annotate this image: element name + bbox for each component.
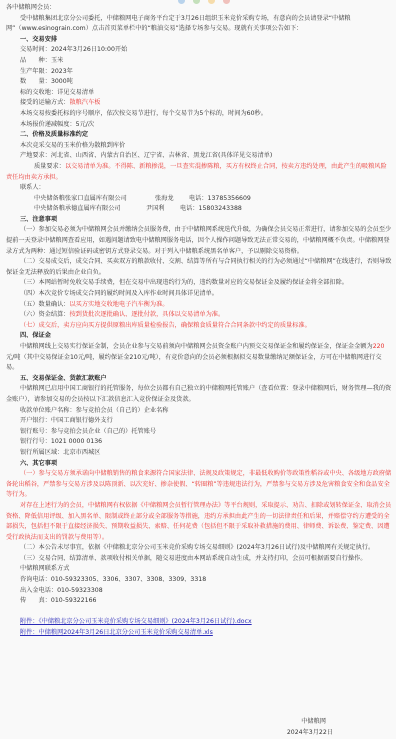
bank-name: 开户银行：中国工商银行德外支行: [6, 416, 392, 427]
bank-code: 银行行号：1021 0000 0136: [6, 437, 392, 448]
label: 标的交收地：: [20, 89, 57, 96]
note-1: （一）参加交易必须为中储粮网会员并缴纳会员服务费，由于中储粮网系统迭代升级，为确…: [6, 225, 392, 257]
other-2: （二）本公告未尽事宜，依据《中储粮北京分公司玉米竞价采购专场交易细则》(2024…: [6, 543, 392, 554]
value: 按到货批次逐批确认、逐批付款，具体以交易清单为准。: [70, 311, 225, 318]
section-title-remittance: 五、交易保证金、货款汇款账户: [6, 374, 392, 385]
transport-method: 接受的运输方式：散粮汽车板: [6, 98, 392, 109]
note-5: （五）数量确认：以买方实地交收地电子汽车衡为准。: [6, 300, 392, 311]
value: 2023年: [51, 68, 73, 75]
quantity: 数 量：3000吨: [6, 77, 392, 88]
section-title-other: 六、其它事项: [6, 459, 392, 470]
greeting: 各中储粮网会员：: [6, 3, 392, 14]
contact-title: 中储粮网联系方式: [6, 564, 392, 575]
price-decrement: 本场报价递减幅度：5元/次: [6, 120, 392, 131]
value: 散粮汽车板: [70, 99, 101, 106]
production-year: 生产年限：2023年: [6, 67, 392, 78]
funds-phone: 出入金电话：010-59323308: [6, 586, 392, 597]
contact-phone: 电话：15803243388: [180, 204, 242, 215]
announcement-body: 各中储粮网会员： 受中储粮集团北京分公司委托，中储粮网电子商务平台定于3月26日…: [6, 3, 392, 639]
note-6: （六）资金结算：按到货批次逐批确认、逐批付款，具体以交易清单为准。: [6, 310, 392, 321]
label: 品 种：: [20, 57, 51, 64]
label: （五）数量确认：: [20, 301, 70, 308]
attachment-item: 附件：《中储粮北京分公司玉米竞价采购专场交易细则》(2024年3月26日试行).…: [6, 617, 392, 628]
signature-org: 中储粮网: [301, 717, 326, 728]
contact-name: 尹国利: [146, 204, 180, 215]
trade-time: 交易时间：2024年3月26日10:00开始: [6, 45, 392, 56]
label: 接受的运输方式：: [20, 99, 70, 106]
attachment-link-rules-docx[interactable]: 附件：《中储粮北京分公司玉米竞价采购专场交易细则》(2024年3月26日试行).…: [20, 618, 252, 625]
payee-name: 收款单位账户名称：参与竞拍会员（自己的）企业名称: [6, 406, 392, 417]
note-7: （七）成交后，卖方应向买方提供原粮出库质量检验报告，确保粮食质量符合合同条款中约…: [6, 321, 392, 332]
deposit-text: 中储粮网线上交易实行保证金制，会员企业参与交易前须向中储粮网会员资金账户内预交交…: [20, 343, 373, 350]
value: 玉米: [51, 57, 63, 64]
quality-requirement: 质量要求：以交易清单为准。不得陈、新粮掺混，一旦查实混掺陈粮，买方有权终止合同，…: [6, 162, 392, 183]
section-title-deposit: 四、保证金: [6, 331, 392, 342]
price-basis: 本次竞采交易的玉米价格为散粮到库价: [6, 141, 392, 152]
trade-rule: 本场交易按委托标的序号顺序，依次按交易节进行，每个交易节为5个标的，时间为60秒…: [6, 109, 392, 120]
label: 生产年限：: [20, 68, 51, 75]
bank-account: 银行账号：参与竞拍会员企业（自己的）托管账号: [6, 427, 392, 438]
label: 数 量：: [20, 78, 51, 85]
note-3: （三）本网站暂时免收交易手续费，但在交易中出现违约行为的，违约数量对应的交易保证…: [6, 278, 392, 289]
remittance-paragraph: 中储粮网已启用中国工商银行的托管服务，每位会员都有自己独立的中储粮网托管账户（查…: [6, 384, 392, 405]
attachment-item: 附件：中储粮网2024年3月26日北京分公司玉米竞价采购交易清单.xls: [6, 628, 392, 639]
contact-row: 中央储备粮张家口直属库有限公司张海龙电话：13785356609: [6, 194, 392, 205]
delivery-location: 标的交收地：详见交易清单: [6, 88, 392, 99]
variety: 品 种：玉米: [6, 56, 392, 67]
other-3: （三）交易合同、结算清单、款项收付相关单据，随交易进度由本网站系统自动生成，并支…: [6, 554, 392, 565]
other-1: （一）参与交易方须承诺向中储粮销售的粮食来源符合国家法律、法规及政策规定，非最低…: [6, 469, 392, 501]
bank-region: 银行所属区域：北京市西城区: [6, 448, 392, 459]
spacer: [6, 607, 392, 618]
consult-phone: 咨询电话：010-59323305、3306、3307、3308、3309、33…: [6, 575, 392, 586]
deposit-paragraph: 中储粮网线上交易实行保证金制，会员企业参与交易前须向中储粮网会员资金账户内预交交…: [6, 342, 392, 374]
contact-company: 中央储备粮承德直属库有限公司: [34, 204, 146, 215]
label: （六）资金结算：: [20, 311, 70, 318]
deposit-amount: 220: [373, 343, 385, 350]
deposit-text: 元/吨（其中交易保证金10元/吨，履约保证金210元/吨），有竞价意向的会员必须…: [6, 354, 382, 372]
value: 详见交易清单: [57, 89, 94, 96]
label: 质量要求：: [20, 163, 65, 170]
fax: 传 真：010-59322166: [6, 596, 392, 607]
contact-company: 中央储备粮张家口直属库有限公司: [34, 194, 155, 205]
value: 2024年3月26日10:00开始: [51, 46, 127, 53]
value: 以买方实地交收地电子汽车衡为准。: [70, 301, 169, 308]
intro-paragraph: 受中储粮集团北京分公司委托，中储粮网电子商务平台定于3月26日组织玉米竞价采购专…: [6, 14, 392, 35]
value: 3000吨: [51, 78, 73, 85]
attachment-link-list-xls[interactable]: 附件：中储粮网2024年3月26日北京分公司玉米竞价采购交易清单.xls: [20, 629, 213, 636]
label: 交易时间：: [20, 46, 51, 53]
note-4: （四）本次竞价专场成交合同的履约时间及入库作业时间具体详见清单。: [6, 289, 392, 300]
signature-date: 2024年3月22日: [287, 728, 333, 739]
other-1b: 对存在上述行为的会员，中储粮网有权依据《中储粮网会员暂行管理办法》等平台规则，采…: [6, 501, 392, 543]
section-title-trade-arrangement: 一、交易安排: [6, 35, 392, 46]
contact-name: 张海龙: [155, 194, 189, 205]
section-title-price-quality: 二、价格及质量标准约定: [6, 130, 392, 141]
contact-phone: 电话：13785356609: [189, 194, 251, 205]
section-title-notes: 三、注意事项: [6, 215, 392, 226]
note-2: （二）交易成交后，成交合同、买卖双方的粮款收付、交割、结算等所有与合同执行相关的…: [6, 257, 392, 278]
origin-requirement: 产地要求：河北省、山西省、内蒙古自治区、辽宁省、吉林省、黑龙江省(具体详见交易清…: [6, 151, 392, 162]
contact-row: 中央储备粮承德直属库有限公司尹国利电话：15803243388: [6, 204, 392, 215]
contacts-label: 联系人：: [6, 183, 392, 194]
